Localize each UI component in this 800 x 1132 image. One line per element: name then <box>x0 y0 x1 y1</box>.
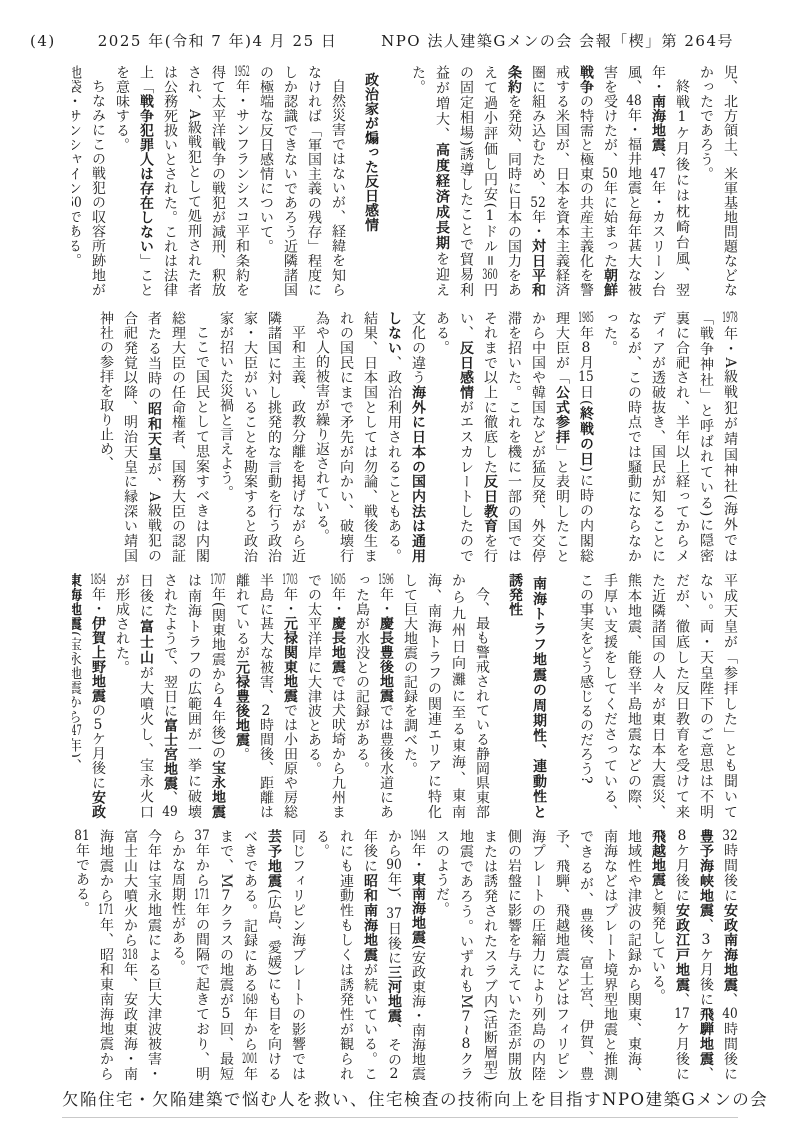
body-text: 児、北方領土、米軍基地問題などなかったであろう。 <box>698 65 738 297</box>
horizontal-number: 50 <box>602 167 618 181</box>
horizontal-number: 1707 <box>210 573 226 587</box>
horizontal-number: 5 <box>218 1007 234 1021</box>
body-text: 自然災害ではないが、経緯を知らなければ「軍国主義の残存」程度にしか認識できないで… <box>258 65 346 297</box>
emphasized-text: 終戦の日 <box>578 406 594 467</box>
horizontal-number: 171 <box>98 903 114 917</box>
horizontal-number: 1596 <box>378 573 394 587</box>
horizontal-number: 1703 <box>282 573 298 587</box>
horizontal-number: 15 <box>578 370 594 385</box>
issue-date: 2025 年(令和 7 年)4 月 25 日 <box>98 30 338 51</box>
body-text: 1703年・ <box>282 573 298 616</box>
article-band-2: 1978年・A級戦犯が靖国神社(海外では「戦争神社」と呼ばれている)に隠密裏に合… <box>72 311 742 563</box>
article-paragraph: 1854年・伊賀上野地震の5ケ月後に安政東海地震(宝永地震から147年)、 <box>72 573 110 819</box>
body-text: 32時間後に <box>722 829 738 903</box>
horizontal-number: 5 <box>90 718 106 732</box>
article-band-3: 平成天皇が「参拝した」とも聞いてない。両・天皇陛下のご意思は不明だが、徹底した反… <box>72 573 742 819</box>
emphasized-text: ④ 政治家が煽った反日感情 <box>363 65 379 232</box>
emphasized-text: 元禄関東地震 <box>282 616 298 703</box>
body-text: 1952年・サンフランシスコ平和条約を得て太平洋戦争の戦犯が減刑、釈放され、A級… <box>138 65 250 297</box>
article-paragraph: 今年は宝永地震による巨大津波被害・富士山大噴火から318年、安政東海・南海地震か… <box>72 829 166 1081</box>
horizontal-number: 8 <box>578 341 594 356</box>
article-paragraph: 平成天皇が「参拝した」とも聞いてない。両・天皇陛下のご意思は不明だが、徹底した反… <box>574 573 742 819</box>
horizontal-number: 2001 <box>242 1052 258 1066</box>
horizontal-number: 40 <box>722 1007 738 1021</box>
emphasized-text: 富士宮地震 <box>162 718 178 791</box>
emphasized-text: 安政南海地震 <box>722 903 738 992</box>
horizontal-number: 8 <box>458 1036 474 1051</box>
horizontal-number: 90 <box>386 858 402 872</box>
page-header: (4) 2025 年(令和 7 年)4 月 25 日 NPO 法人建築Gメンの会… <box>0 0 800 51</box>
emphasized-text: 反日感情 <box>458 341 474 400</box>
article-paragraph: 1605年・慶長地震では犬吠埼から九州までの太平洋岸に大津波とある。 <box>302 573 350 819</box>
emphasized-text: 豊予海峡地震 <box>698 829 714 918</box>
article-band-1: 児、北方領土、米軍基地問題などなかったであろう。終戦1ケ月後には枕崎台風、翌年・… <box>72 65 742 297</box>
body-text: と頻発している。 <box>650 887 666 1003</box>
emphasized-text: 飛越地震 <box>650 829 666 887</box>
body-text: 1707年(関東地震から4年後)の <box>210 573 226 760</box>
horizontal-number: 47 <box>650 167 666 181</box>
body-text: 、40時間後に <box>722 992 738 1081</box>
article-paragraph: 平和主義、政教分離を掲げながら近隣諸国に対し挑発的な言動を行う政治家・大臣がいる… <box>214 311 310 563</box>
horizontal-number: 52 <box>530 196 546 210</box>
emphasized-text: 飛騨地震 <box>698 1007 714 1067</box>
body-text: 1854年・ <box>90 573 106 616</box>
article-paragraph: 文化の違う海外に日本の国内法は通用しない、政治利用されることもある。結果、日本国… <box>310 311 430 563</box>
horizontal-number: 48 <box>626 94 642 108</box>
horizontal-number: 8 <box>674 829 690 843</box>
horizontal-number: 1649 <box>242 993 258 1007</box>
horizontal-number: 37 <box>386 907 402 921</box>
section-heading: ④ 政治家が煽った反日感情 <box>359 65 397 297</box>
article-paragraph: 終戦1ケ月後には枕崎台風、翌年・南海地震、47年・カスリーン台風、48年・福井地… <box>406 65 694 297</box>
emphasized-text: 昭和南海地震 <box>362 874 378 963</box>
body-text: の5ケ月後に <box>90 703 106 790</box>
article-paragraph: 児、北方領土、米軍基地問題などなかったであろう。 <box>694 65 742 297</box>
horizontal-number: 17 <box>674 1007 690 1021</box>
horizontal-number: 1985 <box>578 311 594 326</box>
horizontal-number: 1952 <box>234 65 250 79</box>
horizontal-number: 360 <box>482 267 498 283</box>
horizontal-number: 37 <box>194 829 210 843</box>
horizontal-number: 171 <box>194 888 210 902</box>
page-footer: 欠陥住宅・欠陥建築で悩む人を救い、住宅検査の技術向上を目指すNPO建築Gメンの会 <box>0 1086 800 1118</box>
newsletter-page: (4) 2025 年(令和 7 年)4 月 25 日 NPO 法人建築Gメンの会… <box>0 0 800 1132</box>
page-number: (4) <box>30 32 56 50</box>
horizontal-number: 32 <box>722 829 738 843</box>
body-text: 1605年・ <box>330 573 346 616</box>
emphasized-text: 高度経済成長期 <box>434 143 450 252</box>
horizontal-number: 1854 <box>90 573 106 587</box>
article-paragraph: 1952年・サンフランシスコ平和条約を得て太平洋戦争の戦犯が減刑、釈放され、A級… <box>110 65 254 297</box>
emphasized-text: 東南海地震 <box>410 872 426 945</box>
article-paragraph: 1978年・A級戦犯が靖国神社(海外では「戦争神社」と呼ばれている)に隠密裏に合… <box>598 311 742 563</box>
horizontal-number: 1978 <box>722 311 738 326</box>
horizontal-number: 318 <box>122 948 138 962</box>
body-text: ちなみにこの戦犯の収容所跡地が池袋・サンシャイン60である。 <box>72 65 106 297</box>
emphasized-text: 元禄豊後地震 <box>234 660 250 747</box>
body-text: 今、最も警戒されている静岡県東部から九州日向灘に至る東海、東南海、南海トラフの関… <box>402 573 490 819</box>
emphasized-text: 慶長地震 <box>330 616 346 674</box>
body-text: 、17ケ月後に <box>674 992 690 1081</box>
article-paragraph: 今、最も警戒されている静岡県東部から九州日向灘に至る東海、東南海、南海トラフの関… <box>398 573 494 819</box>
body-text: 1944年・ <box>410 829 426 872</box>
emphasized-text: 三河地震 <box>386 965 402 1023</box>
emphasized-text: 昭和天皇 <box>146 402 162 462</box>
horizontal-number: 7 <box>218 889 234 904</box>
body-text: 1978年・A級戦犯が靖国神社(海外では「戦争神社」と呼ばれている)に隠密裏に合… <box>602 311 738 563</box>
body-text: 地域性や津波の記録から関東、東海、南海などはプレート境界型地震と推測できるが、豊… <box>434 829 642 1081</box>
horizontal-number: 1944 <box>410 829 426 843</box>
emphasized-text: 宝永地震 <box>210 760 226 819</box>
horizontal-number: 4 <box>210 696 226 710</box>
horizontal-number: 1605 <box>330 573 346 587</box>
body-text: 平和主義、政教分離を掲げながら近隣諸国に対し挑発的な言動を行う政治家・大臣がいる… <box>218 311 306 563</box>
horizontal-number: 3 <box>698 933 714 947</box>
article-paragraph: 1707年(関東地震から4年後)の宝永地震は南海トラフの広範囲が一挙に破壊された… <box>110 573 230 819</box>
body-text: 。 <box>234 747 250 762</box>
publication-title: NPO 法人建築Gメンの会 会報「楔」第 264号 <box>381 30 734 51</box>
article-paragraph: 32時間後に安政南海地震、40時間後に豊予海峡地震、3ケ月後に飛騨地震、8ケ月後… <box>646 829 742 1081</box>
emphasized-text: 南海地震 <box>650 94 666 152</box>
body-text: 、3ケ月後に <box>698 918 714 1007</box>
emphasized-text: 公式参拝 <box>554 385 570 444</box>
body-text: 文化の違う <box>410 311 426 385</box>
horizontal-number: 60 <box>72 196 82 210</box>
article-paragraph: 自然災害ではないが、経緯を知らなければ「軍国主義の残存」程度にしか認識できないで… <box>254 65 350 297</box>
horizontal-number: 147 <box>72 724 82 738</box>
emphasized-text: 戦争犯罪人は存在しない <box>138 94 154 254</box>
article-paragraph: 1944年・東南海地震(安政東海・南海地震から90年)、37日後に三河地震、その… <box>310 829 430 1081</box>
body-text: 同じフィリピン海プレートの影響では <box>290 829 306 1081</box>
emphasized-text: ●南海トラフ地震の周期性、連動性と誘発性 <box>507 573 547 819</box>
article-paragraph: ちなみにこの戦犯の収容所跡地が池袋・サンシャイン60である。 <box>72 65 110 297</box>
article-paragraph: 地域性や津波の記録から関東、東海、南海などはプレート境界型地震と推測できるが、豊… <box>430 829 646 1081</box>
body-text: (宝永地震から147年)、 <box>72 631 82 773</box>
horizontal-number: 2 <box>386 1067 402 1081</box>
body-text: 今年は宝永地震による巨大津波被害・富士山大噴火から318年、安政東海・南海地震か… <box>74 829 162 1081</box>
article-paragraph: ここで国民として思案すべきは内閣総理大臣の任命権者、国務大臣の認証者たる当時の昭… <box>94 311 214 563</box>
emphasized-text: 安政江戸地震 <box>674 903 690 992</box>
article-body: 児、北方領土、米軍基地問題などなかったであろう。終戦1ケ月後には枕崎台風、翌年・… <box>0 51 800 1081</box>
article-paragraph: 1703年・元禄関東地震では小田原や房総半島に甚大な被害、2時間後、距離は離れて… <box>230 573 302 819</box>
horizontal-number: 1 <box>674 110 690 125</box>
article-band-4: 32時間後に安政南海地震、40時間後に豊予海峡地震、3ケ月後に飛騨地震、8ケ月後… <box>72 829 742 1081</box>
emphasized-text: 反日教育 <box>482 474 498 533</box>
emphasized-text: 慶長豊後地震 <box>378 616 394 703</box>
footer-slogan: 欠陥住宅・欠陥建築で悩む人を救い、住宅検査の技術向上を目指すNPO建築Gメンの会 <box>62 1086 738 1110</box>
emphasized-text: 伊賀上野地震 <box>90 616 106 703</box>
article-paragraph: 同じフィリピン海プレートの影響では芸予地震(広島、愛媛)にも目を向けるべきである… <box>166 829 310 1081</box>
section-heading: ●南海トラフ地震の周期性、連動性と誘発性 <box>503 573 565 819</box>
emphasized-text: 芸予地震 <box>266 829 282 889</box>
footer-rule <box>62 1117 738 1118</box>
article-paragraph: 1596年・慶長豊後地震では豊後水道にあった島が水没との記録がある。 <box>350 573 398 819</box>
emphasized-text: 富士山 <box>138 619 154 665</box>
body-text: 1596年・ <box>378 573 394 616</box>
body-text: 平成天皇が「参拝した」とも聞いてない。両・天皇陛下のご意思は不明だが、徹底した反… <box>578 573 738 819</box>
body-text: 1985年8月15日( <box>578 311 594 406</box>
horizontal-number: 81 <box>74 829 90 843</box>
horizontal-number: 49 <box>162 805 178 819</box>
article-paragraph: 1985年8月15日(終戦の日)に時の内閣総理大臣が「公式参拝」と表明したことか… <box>430 311 598 563</box>
horizontal-number: 7 <box>458 1009 474 1024</box>
horizontal-number: 2 <box>258 704 274 718</box>
horizontal-number: 1 <box>482 209 498 225</box>
